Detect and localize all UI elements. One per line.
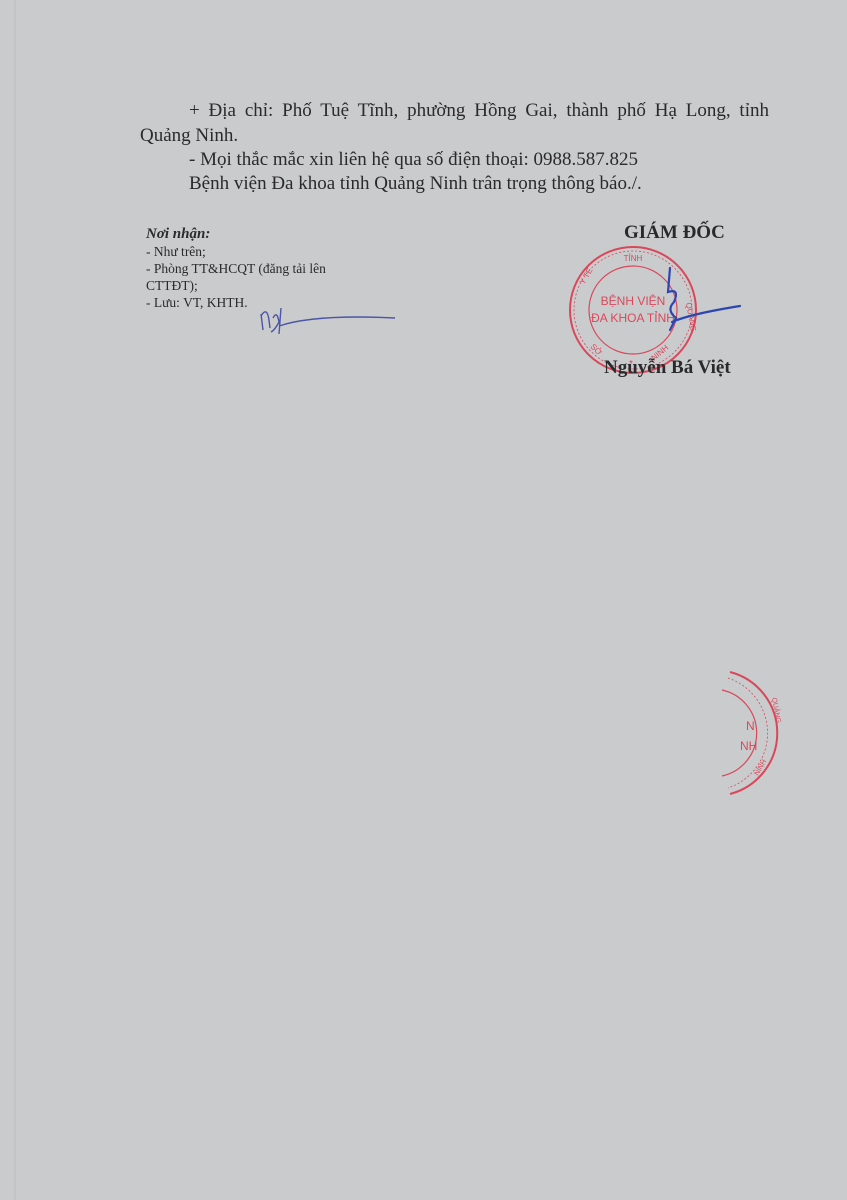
partial-stamp-line2: NH: [740, 739, 757, 753]
recipient-item: - Như trên;: [146, 243, 326, 260]
partial-stamp-icon: N NH QUẢNG NINH: [720, 668, 800, 798]
signer-name: Nguyễn Bá Việt: [604, 357, 731, 379]
address-line: + Địa chỉ: Phố Tuệ Tĩnh, phường Hồng Gai…: [189, 100, 769, 122]
recipients-heading: Nơi nhận:: [146, 226, 326, 243]
contact-line: - Mọi thắc mắc xin liên hệ qua số điện t…: [189, 149, 638, 171]
address-line-continued: Quảng Ninh.: [140, 125, 238, 147]
signer-title: GIÁM ĐỐC: [624, 222, 725, 244]
director-signature-icon: [650, 262, 745, 342]
recipients-block: Nơi nhận: - Như trên; - Phòng TT&HCQT (đ…: [146, 226, 326, 311]
partial-stamp-line1: N: [746, 719, 755, 733]
page-edge: [14, 0, 16, 1200]
stamp-ring-top: TỈNH: [624, 254, 643, 263]
closing-line: Bệnh viện Đa khoa tỉnh Quảng Ninh trân t…: [189, 173, 642, 195]
recipient-item: CTTĐT);: [146, 277, 326, 294]
stamp-ring-bottom-left: SỞ: [589, 342, 604, 357]
recipient-item: - Phòng TT&HCQT (đăng tải lên: [146, 260, 326, 277]
initials-signature-icon: [255, 300, 400, 340]
